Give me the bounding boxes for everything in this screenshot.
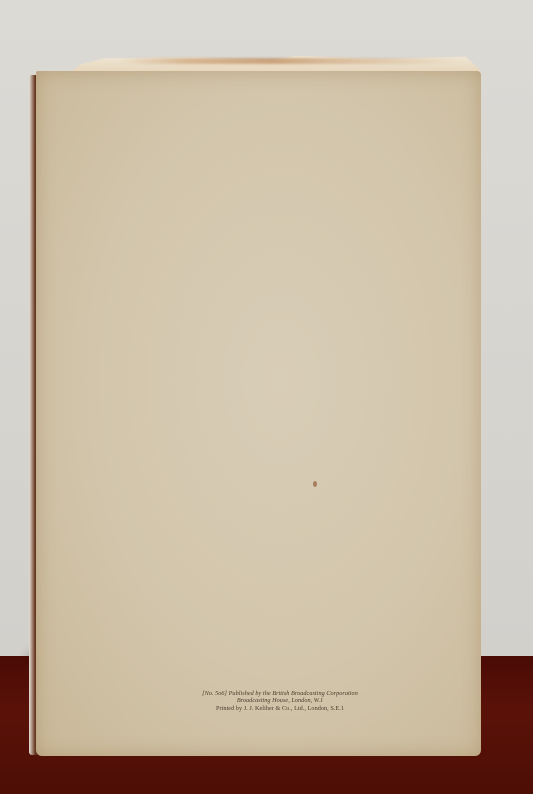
page-edge-staining (120, 58, 460, 64)
imprint-line-address: Broadcasting House, London, W.1 (160, 697, 400, 704)
small-stain-mark (313, 481, 317, 487)
publisher-imprint: [No. 5o6] Published by the British Broad… (160, 690, 400, 712)
imprint-line-printer: Printed by J. J. Keliher & Co., Ltd., Lo… (160, 705, 400, 712)
booklet-back-cover (36, 71, 481, 756)
imprint-line-publisher: [No. 5o6] Published by the British Broad… (160, 690, 400, 697)
